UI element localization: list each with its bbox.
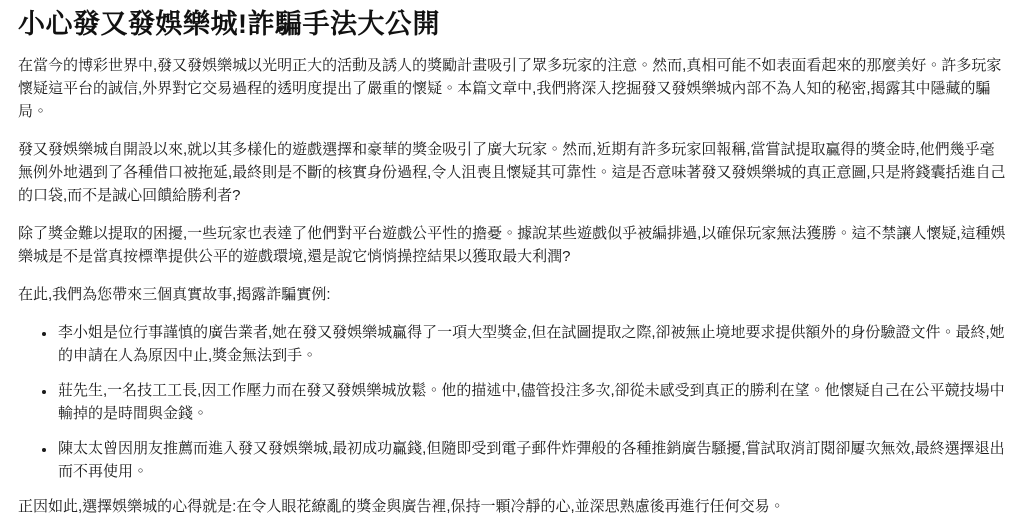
article-page: 小心發又發娛樂城!詐騙手法大公開 在當今的博彩世界中,發又發娛樂城以光明正大的活… bbox=[0, 0, 1024, 529]
closing-paragraph: 正因如此,選擇娛樂城的心得就是:在令人眼花繚亂的獎金與廣告裡,保持一顆冷靜的心,… bbox=[18, 495, 1006, 518]
list-item-story-2: 莊先生,一名技工工長,因工作壓力而在發又發娛樂城放鬆。他的描述中,儘管投注多次,… bbox=[56, 379, 1006, 425]
paragraph-stories-intro: 在此,我們為您帶來三個真實故事,揭露詐騙實例: bbox=[18, 283, 1006, 306]
page-title: 小心發又發娛樂城!詐騙手法大公開 bbox=[18, 8, 1006, 40]
paragraph-fairness-concerns: 除了獎金難以提取的困擾,一些玩家也表達了他們對平台遊戲公平性的擔憂。據說某些遊戲… bbox=[18, 222, 1006, 268]
list-item-story-1: 李小姐是位行事謹慎的廣告業者,她在發又發娛樂城贏得了一項大型獎金,但在試圖提取之… bbox=[56, 321, 1006, 367]
story-list: 李小姐是位行事謹慎的廣告業者,她在發又發娛樂城贏得了一項大型獎金,但在試圖提取之… bbox=[18, 321, 1006, 483]
paragraph-withdrawal-issues: 發又發娛樂城自開設以來,就以其多樣化的遊戲選擇和豪華的獎金吸引了廣大玩家。然而,… bbox=[18, 138, 1006, 207]
paragraph-intro: 在當今的博彩世界中,發又發娛樂城以光明正大的活動及誘人的獎勵計畫吸引了眾多玩家的… bbox=[18, 54, 1006, 123]
list-item-story-3: 陳太太曾因朋友推薦而進入發又發娛樂城,最初成功贏錢,但隨即受到電子郵件炸彈般的各… bbox=[56, 437, 1006, 483]
